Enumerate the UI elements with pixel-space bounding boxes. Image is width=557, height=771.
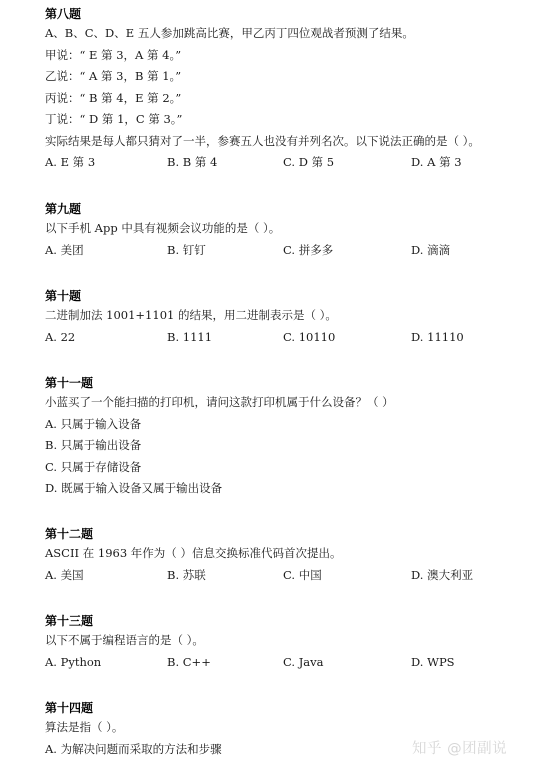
option-c: C. 拼多多	[283, 240, 333, 262]
question-10: 第十题 二进制加法 1001+1101 的结果，用二进制表示是（ ）。 A. 2…	[45, 287, 545, 348]
options-row: A. Python B. C++ C. Java D. WPS	[45, 652, 545, 674]
options-row: A. 美国 B. 苏联 C. 中国 D. 澳大利亚	[45, 565, 545, 587]
option-c: C. 10110	[283, 327, 335, 349]
option-b: B. C++	[167, 652, 211, 674]
question-13: 第十三题 以下不属于编程语言的是（ ）。 A. Python B. C++ C.…	[45, 612, 545, 673]
statement-yi: 乙说：“ A 第 3，B 第 1。”	[45, 66, 545, 88]
statement-ding: 丁说：“ D 第 1，C 第 3。”	[45, 109, 545, 131]
question-title: 第十二题	[45, 525, 545, 543]
option-a: A. 22	[45, 327, 75, 349]
question-title: 第十三题	[45, 612, 545, 630]
option-d: D. 滴滴	[411, 240, 450, 262]
question-12: 第十二题 ASCII 在 1963 年作为（ ）信息交换标准代码首次提出。 A.…	[45, 525, 545, 586]
question-title: 第九题	[45, 200, 545, 218]
question-9: 第九题 以下手机 App 中具有视频会议功能的是（ ）。 A. 美团 B. 钉钉…	[45, 200, 545, 261]
question-text: A、B、C、D、E 五人参加跳高比赛，甲乙丙丁四位观战者预测了结果。	[45, 23, 545, 45]
option-b: B. 只属于输出设备	[45, 435, 545, 457]
question-text: 二进制加法 1001+1101 的结果，用二进制表示是（ ）。	[45, 305, 545, 327]
options-row: A. E 第 3 B. B 第 4 C. D 第 5 D. A 第 3	[45, 152, 545, 174]
question-text: 以下手机 App 中具有视频会议功能的是（ ）。	[45, 218, 545, 240]
option-b: B. 1111	[167, 327, 212, 349]
option-a: A. 只属于输入设备	[45, 414, 545, 436]
option-a: A. 美团	[45, 240, 84, 262]
option-c: C. 中国	[283, 565, 322, 587]
question-title: 第八题	[45, 5, 545, 23]
option-a: A. Python	[45, 652, 101, 674]
option-c: C. D 第 5	[283, 152, 334, 174]
options-row: A. 22 B. 1111 C. 10110 D. 11110	[45, 327, 545, 349]
zhihu-watermark: 知乎 @团副说	[412, 737, 507, 758]
statement-bing: 丙说：“ B 第 4，E 第 2。”	[45, 88, 545, 110]
option-b: B. 钉钉	[167, 240, 206, 262]
question-title: 第十一题	[45, 374, 545, 392]
question-text: 小蓝买了一个能扫描的打印机，请问这款打印机属于什么设备？（ ）	[45, 392, 545, 414]
options-row: A. 美团 B. 钉钉 C. 拼多多 D. 滴滴	[45, 240, 545, 262]
question-11: 第十一题 小蓝买了一个能扫描的打印机，请问这款打印机属于什么设备？（ ） A. …	[45, 374, 545, 500]
statement-jia: 甲说：“ E 第 3，A 第 4。”	[45, 45, 545, 67]
option-d: D. 澳大利亚	[411, 565, 473, 587]
question-8: 第八题 A、B、C、D、E 五人参加跳高比赛，甲乙丙丁四位观战者预测了结果。 甲…	[45, 5, 545, 174]
question-prompt: 实际结果是每人都只猜对了一半，参赛五人也没有并列名次。以下说法正确的是（ ）。	[45, 131, 545, 153]
option-d: D. WPS	[411, 652, 455, 674]
option-d: D. A 第 3	[411, 152, 462, 174]
question-text: ASCII 在 1963 年作为（ ）信息交换标准代码首次提出。	[45, 543, 545, 565]
option-a: A. 美国	[45, 565, 84, 587]
option-c: C. Java	[283, 652, 324, 674]
question-title: 第十题	[45, 287, 545, 305]
option-c: C. 只属于存储设备	[45, 457, 545, 479]
option-d: D. 11110	[411, 327, 464, 349]
question-text: 算法是指（ ）。	[45, 717, 545, 739]
option-d: D. 既属于输入设备又属于输出设备	[45, 478, 545, 500]
option-b: B. B 第 4	[167, 152, 217, 174]
option-b: B. 苏联	[167, 565, 206, 587]
question-title: 第十四题	[45, 699, 545, 717]
question-text: 以下不属于编程语言的是（ ）。	[45, 630, 545, 652]
option-a: A. E 第 3	[45, 152, 95, 174]
